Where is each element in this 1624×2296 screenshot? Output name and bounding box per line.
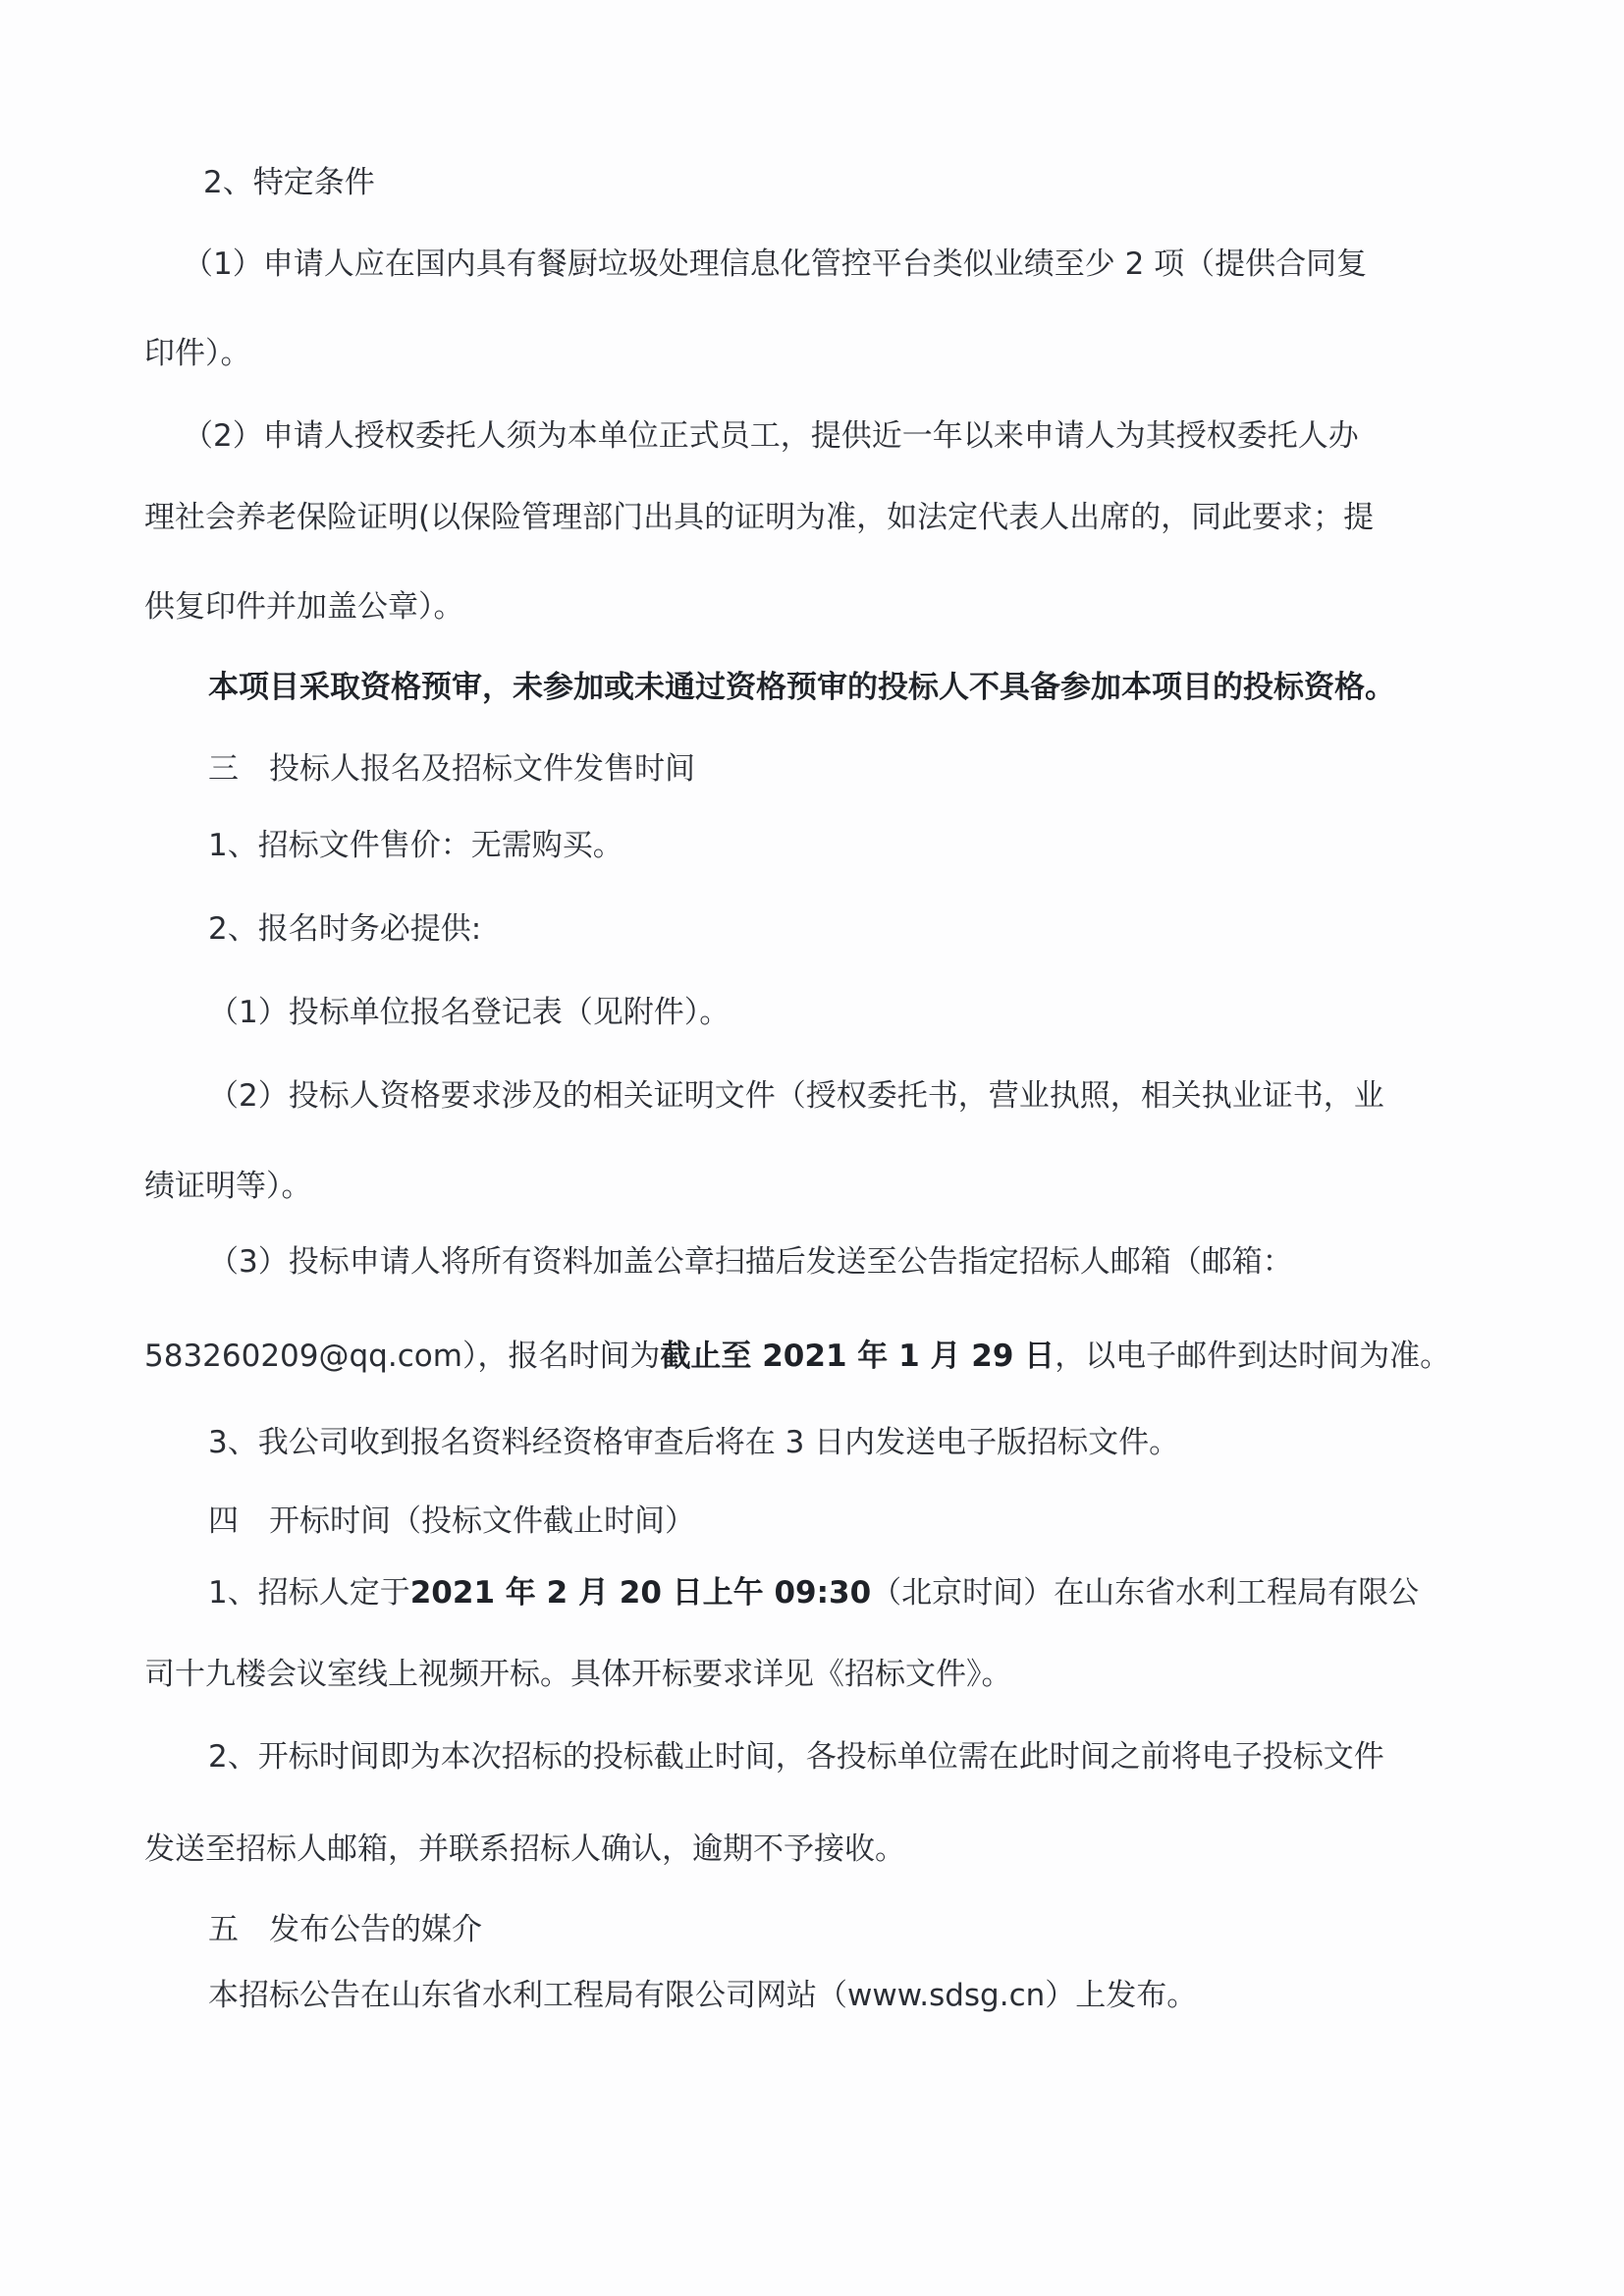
bid-opening-time: 2021 年 2 月 20 日上午 09:30 [410,1575,871,1611]
bid-opening-prefix: 1、招标人定于 [208,1575,410,1611]
section-3-item-3: 3、我公司收到报名资料经资格审查后将在 3 日内发送电子版招标文件。 [208,1424,1179,1461]
section-3-item-2: 2、报名时务必提供: [208,910,481,948]
section-5-heading: 五 发布公告的媒介 [208,1911,482,1948]
section-3-heading: 三 投标人报名及招标文件发售时间 [208,750,695,788]
section-4-item-2-line-1: 2、开标时间即为本次招标的投标截止时间，各投标单位需在此时间之前将电子投标文件 [208,1738,1384,1776]
registration-deadline: 截止至 2021 年 1 月 29 日 [660,1339,1055,1374]
section-4-item-1-line-1: 1、招标人定于2021 年 2 月 20 日上午 09:30（北京时间）在山东省… [208,1574,1419,1612]
section-heading-specific-conditions: 2、特定条件 [203,164,375,201]
section-4-item-1-line-2: 司十九楼会议室线上视频开标。具体开标要求详见《招标文件》。 [144,1656,1012,1693]
requirement-1-line-2: 印件）。 [144,335,251,372]
section-3-sub-2-line-2: 绩证明等）。 [144,1168,312,1205]
section-3-sub-1: （1）投标单位报名登记表（见附件）。 [208,994,730,1031]
registration-tail: ，以电子邮件到达时间为准。 [1055,1339,1450,1374]
registration-text: ），报名时间为 [462,1339,661,1374]
section-3-sub-2-line-1: （2）投标人资格要求涉及的相关证明文件（授权委托书，营业执照，相关执业证书，业 [208,1077,1384,1115]
contact-email: 583260209@qq.com [144,1339,462,1374]
section-5-text: 本招标公告在山东省水利工程局有限公司网站（www.sdsg.cn）上发布。 [208,1977,1197,2014]
section-3-sub-3-line-2: 583260209@qq.com），报名时间为截止至 2021 年 1 月 29… [144,1338,1450,1375]
requirement-2-line-2: 理社会养老保险证明(以保险管理部门出具的证明为准，如法定代表人出席的，同此要求；… [144,499,1374,536]
section-3-item-1: 1、招标文件售价：无需购买。 [208,827,623,864]
requirement-2-line-3: 供复印件并加盖公章）。 [144,588,464,626]
bid-opening-suffix: （北京时间）在山东省水利工程局有限公 [871,1575,1419,1611]
section-4-heading: 四 开标时间（投标文件截止时间） [208,1503,695,1540]
requirement-2-line-1: （2）申请人授权委托人须为本单位正式员工，提供近一年以来申请人为其授权委托人办 [183,417,1359,455]
requirement-1-line-1: （1）申请人应在国内具有餐厨垃圾处理信息化管控平台类似业绩至少 2 项（提供合同… [183,246,1451,283]
prequalification-notice: 本项目采取资格预审，未参加或未通过资格预审的投标人不具备参加本项目的投标资格。 [208,669,1395,706]
section-4-item-2-line-2: 发送至招标人邮箱，并联系招标人确认，逾期不予接收。 [144,1831,905,1868]
section-3-sub-3-line-1: （3）投标申请人将所有资料加盖公章扫描后发送至公告指定招标人邮箱（邮箱： [208,1243,1293,1281]
